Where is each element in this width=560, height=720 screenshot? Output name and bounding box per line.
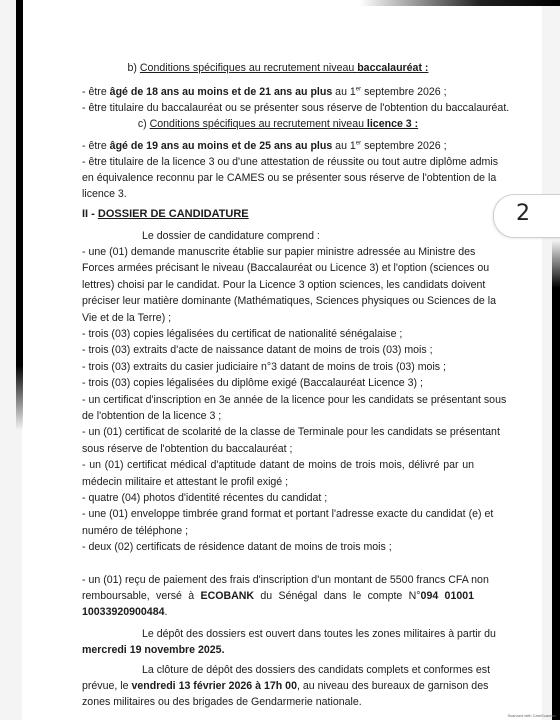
payment-line-1: - un (01) reçu de paiement des frais d'i… — [82, 572, 474, 588]
closing-line-1: La clôture de dépôt des dossiers des can… — [82, 662, 490, 678]
page-number: 2 — [516, 201, 530, 226]
dossier-item: - trois (03) extraits du casier judiciai… — [82, 359, 446, 375]
dossier-item: préciser leur matière dominante (Mathéma… — [82, 293, 474, 309]
dossier-item: médecin militaire et attestant le profil… — [82, 474, 288, 490]
section-c-heading: c) Conditions spécifiques au recrutement… — [82, 116, 474, 132]
dossier-item: numéro de téléphone ; — [82, 523, 188, 539]
scan-edge-top — [360, 0, 560, 6]
dossier-item: - une (01) demande manuscrite établie su… — [82, 244, 474, 260]
payment-line-3: 10033920900484. — [82, 604, 167, 620]
dossier-item: - trois (03) extraits d'acte de naissanc… — [82, 342, 433, 358]
payment-line-2: remboursable, versé à ECOBANK du Sénégal… — [82, 588, 474, 604]
dossier-item: Forces armées précisant le niveau (Bacca… — [82, 260, 474, 276]
section-ii-heading: II - DOSSIER DE CANDIDATURE — [82, 206, 249, 222]
dossier-item: - trois (03) copies légalisées du certif… — [82, 326, 402, 342]
dossier-item: - un (01) certificat médical d'aptitude … — [82, 457, 474, 473]
scan-edge-right — [552, 240, 560, 720]
section-c-age: - être âgé de 19 ans au moins et de 25 a… — [82, 138, 447, 154]
section-c-diploma-1: - être titulaire de la licence 3 ou d'un… — [82, 154, 474, 170]
dossier-item: - un certificat d'inscription en 3e anné… — [82, 392, 474, 408]
closing-line-3: zones militaires ou des brigades de Gend… — [82, 694, 362, 710]
dossier-item: - trois (03) copies légalisées du diplôm… — [82, 375, 423, 391]
dossier-item: - deux (02) certificats de résidence dat… — [82, 539, 392, 555]
dossier-item: lettres) choisi par le candidat. Pour la… — [82, 277, 474, 293]
page-number-badge: 2 — [493, 194, 560, 238]
section-b-age: - être âgé de 18 ans au moins et de 21 a… — [82, 84, 447, 100]
section-c-diploma-2: en équivalence reconnu par le CAMES ou s… — [82, 170, 474, 186]
closing-line-2: prévue, le vendredi 13 février 2026 à 17… — [82, 678, 474, 694]
scanner-watermark: Scanned with CamScanner — [508, 713, 556, 718]
section-c-diploma-3: licence 3. — [82, 186, 127, 202]
section-b-diploma: - être titulaire du baccalauréat ou se p… — [82, 100, 509, 116]
dossier-item: - un (01) certificat de scolarité de la … — [82, 424, 474, 440]
dossier-item: Vie et de la Terre) ; — [82, 310, 171, 326]
section-b-heading: b) Conditions spécifiques au recrutement… — [82, 60, 474, 76]
scan-edge-left — [16, 0, 23, 430]
dossier-item: - quatre (04) photos d'identité récentes… — [82, 490, 327, 506]
dossier-intro: Le dossier de candidature comprend : — [82, 228, 320, 244]
deposit-line-1: Le dépôt des dossiers est ouvert dans to… — [82, 626, 496, 642]
dossier-item: sous réserve de l'obtention du baccalaur… — [82, 441, 293, 457]
dossier-item: de l'obtention de la licence 3 ; — [82, 408, 221, 424]
deposit-date: mercredi 19 novembre 2025. — [82, 642, 225, 658]
dossier-item: - une (01) enveloppe timbrée grand forma… — [82, 506, 474, 522]
